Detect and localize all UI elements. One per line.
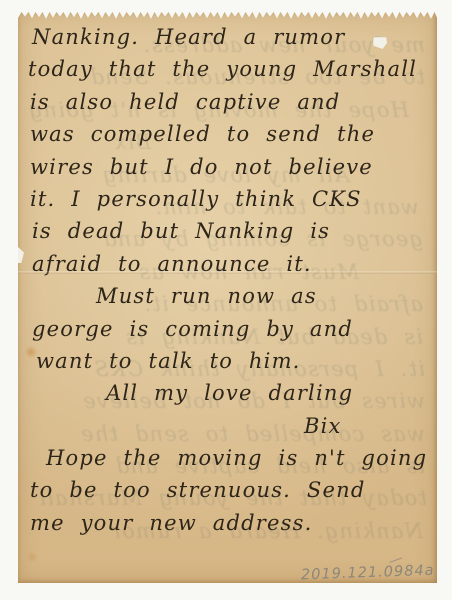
letter-line: Hope the moving is n't going	[18, 443, 437, 475]
letter-line: today that the young Marshall	[18, 54, 437, 86]
letter-line: was compelled to send the	[18, 119, 437, 151]
letter-text-layer: Nanking. Heard a rumortoday that the you…	[18, 12, 437, 540]
letter-line: is dead but Nanking is	[18, 216, 437, 248]
letter-page: me your new address.to be too strenuous.…	[18, 12, 437, 583]
accession-number: 2019.121.0984a	[301, 563, 435, 584]
letter-line: to be too strenuous. Send	[18, 475, 437, 507]
paper-stain	[26, 552, 38, 562]
letter-line: is also held captive and	[18, 87, 437, 119]
letter-line: Must run now as	[18, 281, 437, 313]
letter-line: me your new address.	[18, 508, 437, 540]
scan-background: me your new address.to be too strenuous.…	[0, 0, 452, 600]
letter-line: afraid to announce it.	[18, 249, 437, 281]
letter-line: want to talk to him.	[18, 346, 437, 378]
letter-line: wires but I do not believe	[18, 152, 437, 184]
letter-line: Bix	[18, 411, 437, 443]
letter-line: it. I personally think CKS	[18, 184, 437, 216]
letter-line: All my love darling	[18, 378, 437, 410]
letter-line: george is coming by and	[18, 314, 437, 346]
